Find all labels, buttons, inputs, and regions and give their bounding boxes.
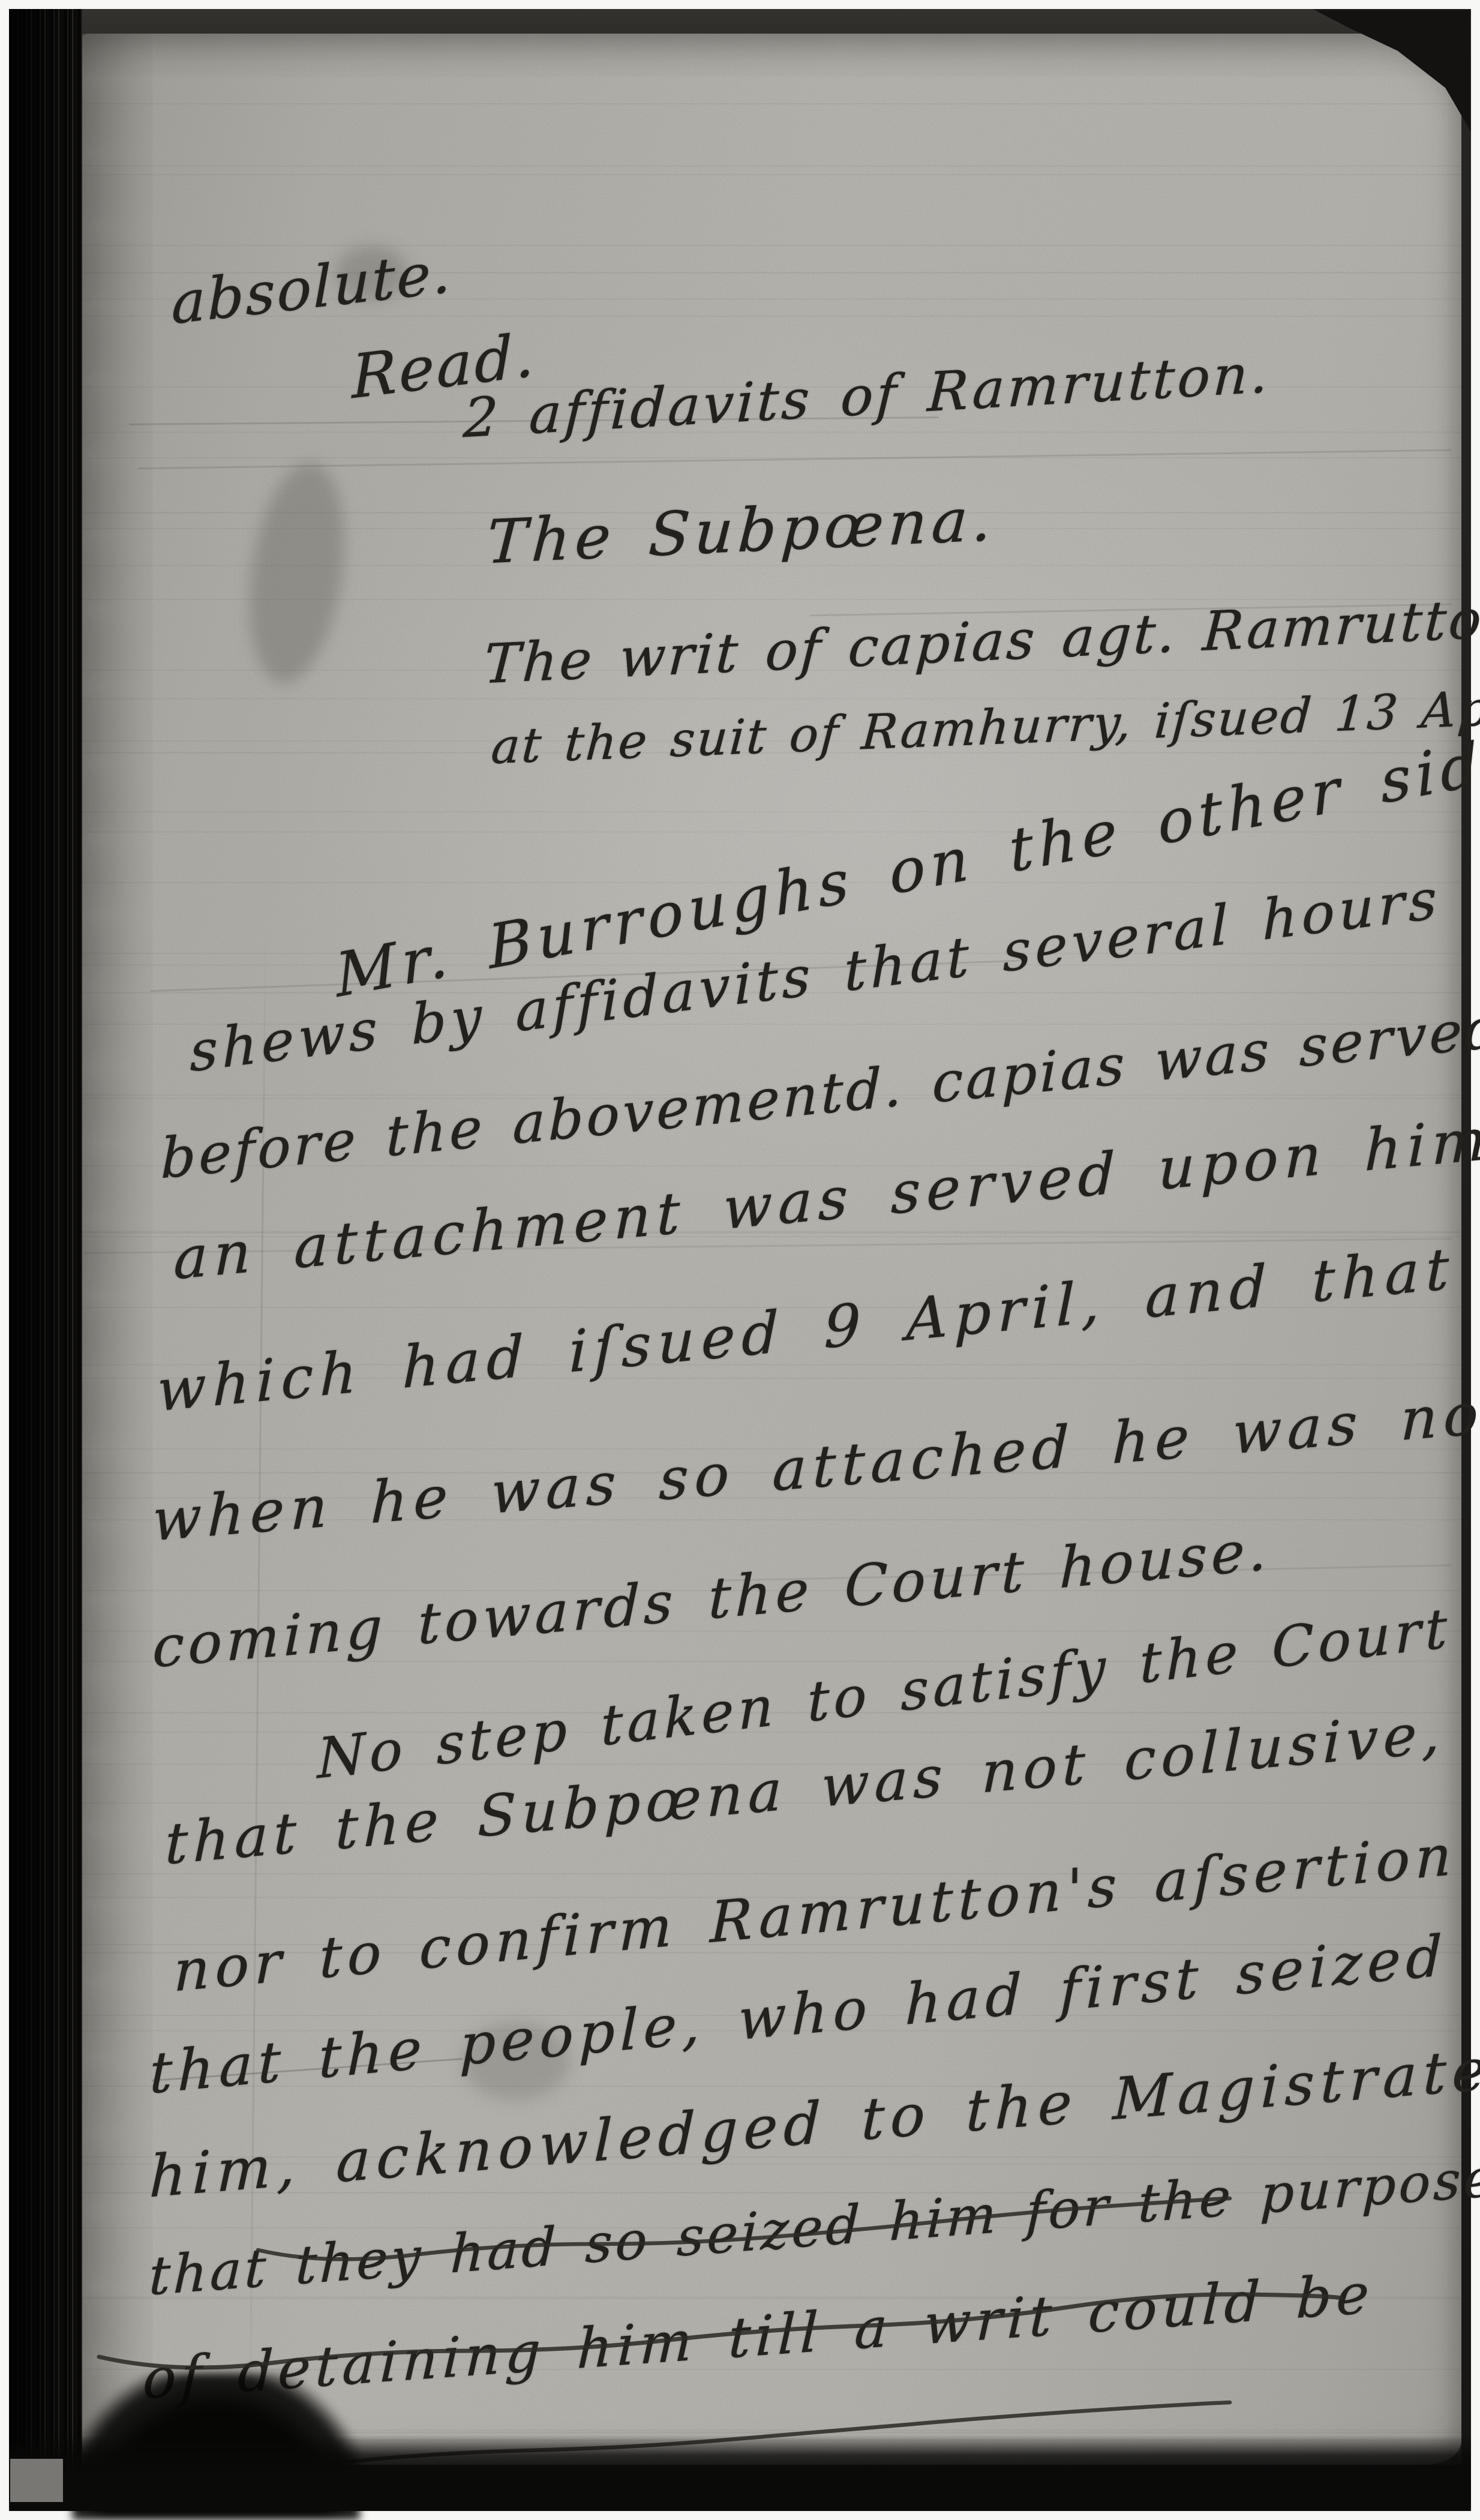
bottom-shadow-band	[9, 2435, 1471, 2511]
scanned-manuscript-page: absolute. Read. 2 affidavits of Ramrutto…	[0, 0, 1480, 2520]
bottom-left-page-edge	[10, 2459, 63, 2502]
book-binding-gutter	[9, 9, 82, 2511]
